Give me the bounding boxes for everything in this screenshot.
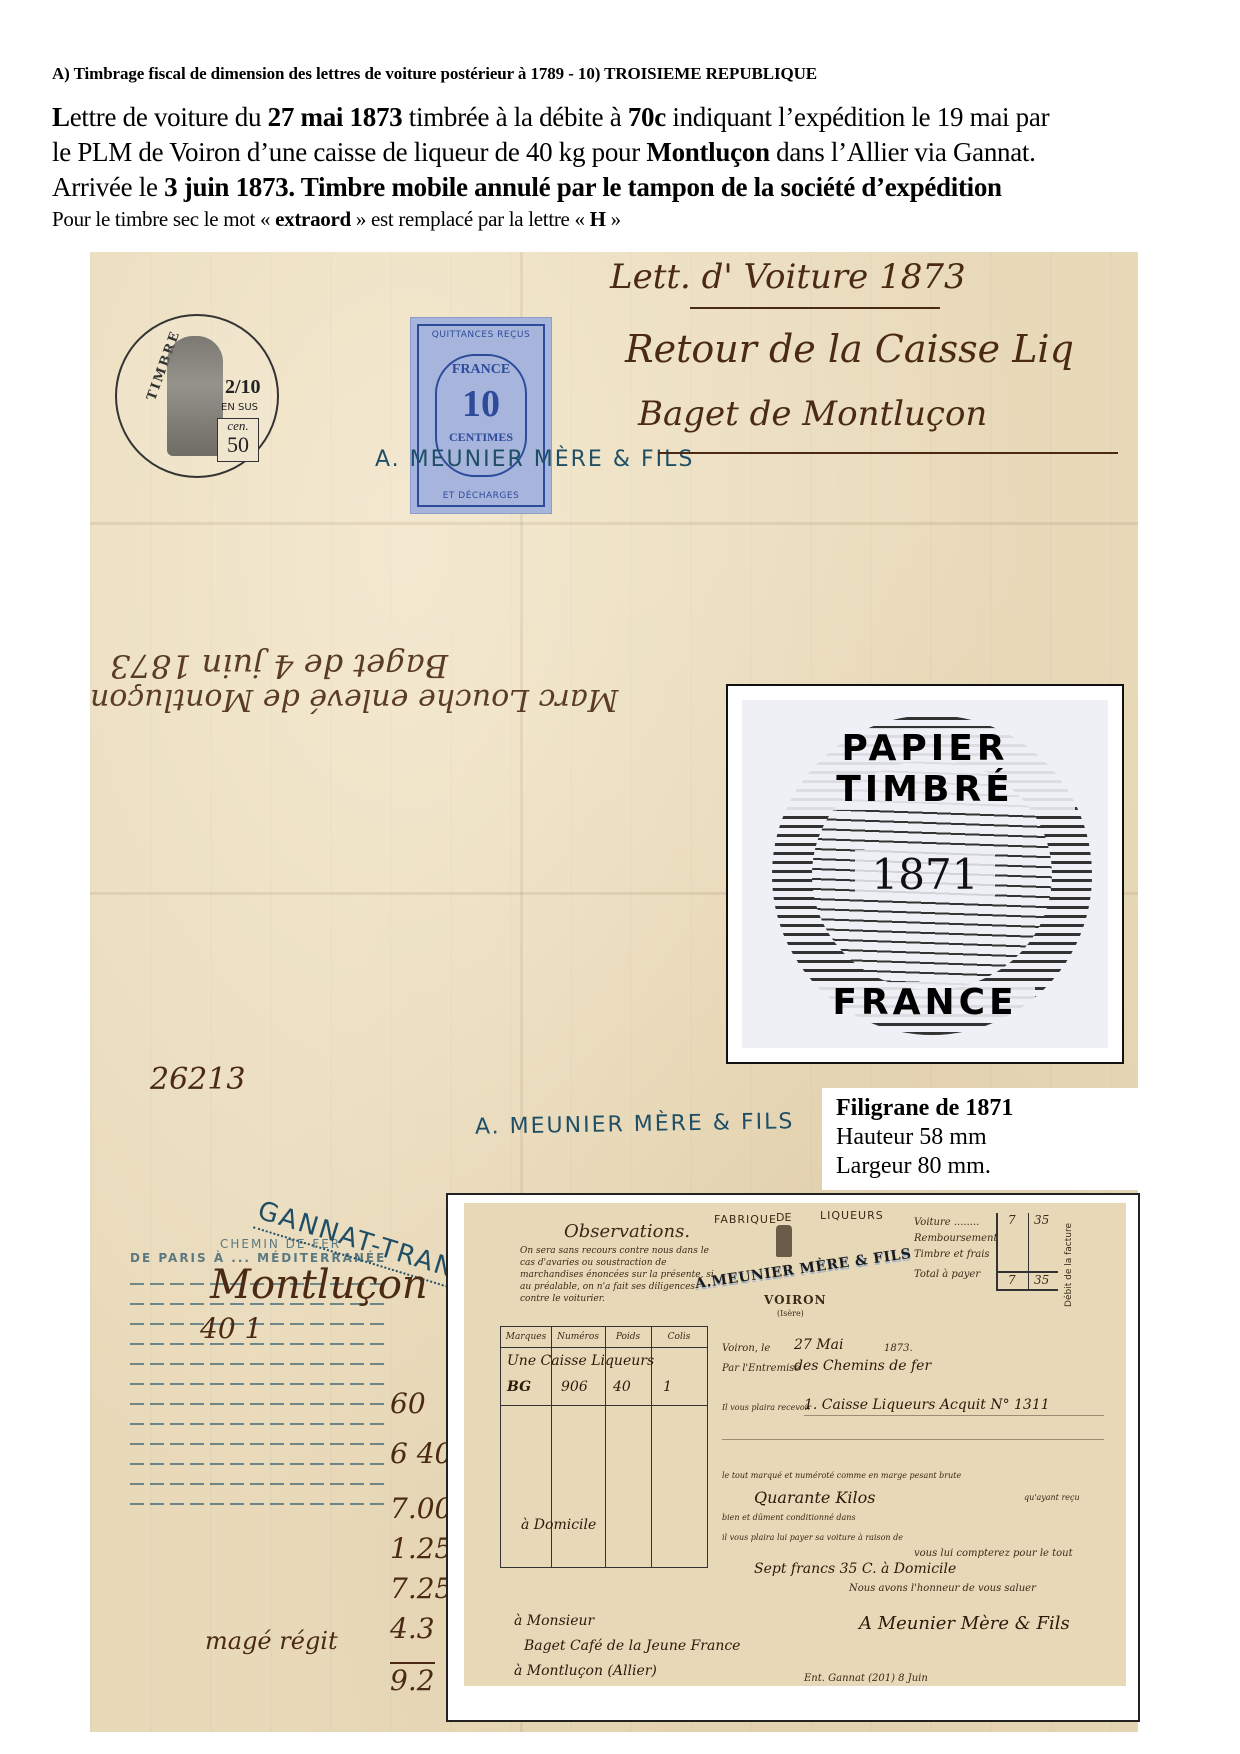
reference-number: 26213 xyxy=(150,1062,245,1097)
sum-value: 1.25 xyxy=(390,1532,452,1566)
sum-value: 7.00 xyxy=(390,1492,452,1526)
handwritten-title: Lett. d' Voiture 1873 xyxy=(610,257,966,297)
sum-total: 9.2 xyxy=(390,1662,435,1698)
liqueur-bottle-icon xyxy=(776,1225,792,1257)
sum-value: 7.25 xyxy=(390,1572,452,1606)
invoice-paper: Observations. On sera sans recours contr… xyxy=(464,1203,1126,1686)
company-cachet: A. MEUNIER MÈRE & FILS xyxy=(375,447,694,472)
description-line-4: Pour le timbre sec le mot « extraord » e… xyxy=(52,206,1202,232)
watermark-caption: Filigrane de 1871 Hauteur 58 mm Largeur … xyxy=(836,1094,1013,1181)
sum-value: 4.3 xyxy=(390,1612,435,1646)
section-title: A) Timbrage fiscal de dimension des lett… xyxy=(52,64,817,84)
dry-seal-stamp: TIMBRE 2/10 EN SUS cen.50 xyxy=(115,314,279,478)
description-line-1: Lettre de voiture du 27 mai 1873 timbrée… xyxy=(52,100,1202,134)
fees-labels: Voiture ........ Remboursement Timbre et… xyxy=(914,1215,997,1283)
fold-line xyxy=(90,522,1138,525)
description-line-2: le PLM de Voiron d’une caisse de liqueur… xyxy=(52,135,1202,169)
observations-text: On sera sans recours contre nous dans le… xyxy=(520,1245,720,1305)
watermark-inset: PAPIER TIMBRÉ 1871 FRANCE xyxy=(726,684,1124,1064)
underline xyxy=(690,307,940,309)
handwritten-destination: Montluçon xyxy=(210,1262,428,1308)
side-label: Débit de la facture xyxy=(1064,1223,1074,1307)
sum-value: 6 40 xyxy=(390,1437,452,1471)
revenue-stamp-10c: QUITTANCES REÇUS FRANCE 10 CENTIMES ET D… xyxy=(410,317,552,514)
seal-value-box: cen.50 xyxy=(217,418,259,462)
watermark-bottom-text: FRANCE xyxy=(815,982,1035,1023)
description-line-3: Arrivée le 3 juin 1873. Timbre mobile an… xyxy=(52,170,1202,204)
marianne-figure-icon xyxy=(167,336,223,456)
inverted-handwriting-2: Marc Louche enlevé de Montluçon xyxy=(90,682,618,717)
company-cachet-2: A. MEUNIER MÈRE & FILS xyxy=(475,1109,795,1140)
fees-table: 7 35 7 35 xyxy=(996,1213,1058,1291)
firm-name: A.MEUNIER MÈRE & FILS xyxy=(694,1246,913,1292)
handwritten-line-3: Baget de Montluçon xyxy=(638,394,987,434)
handwritten-line-2: Retour de la Caisse Liq xyxy=(625,327,1074,371)
watermark-year: 1871 xyxy=(855,850,995,899)
inverted-handwriting-1: Baget de 4 juin 1873 xyxy=(110,647,448,685)
underline xyxy=(658,452,1118,454)
handwritten-weight: 40 1 xyxy=(200,1312,262,1345)
invoice-inset: Observations. On sera sans recours contr… xyxy=(446,1193,1140,1722)
signature: A Meunier Mère & Fils xyxy=(859,1613,1070,1634)
sum-value: 60 xyxy=(390,1387,426,1421)
handwritten-note: magé régit xyxy=(205,1627,338,1655)
goods-table: Marques Numéros Poids Colis Une Caisse L… xyxy=(500,1326,708,1568)
watermark-top-text: PAPIER TIMBRÉ xyxy=(775,728,1075,810)
observations-title: Observations. xyxy=(564,1221,690,1242)
